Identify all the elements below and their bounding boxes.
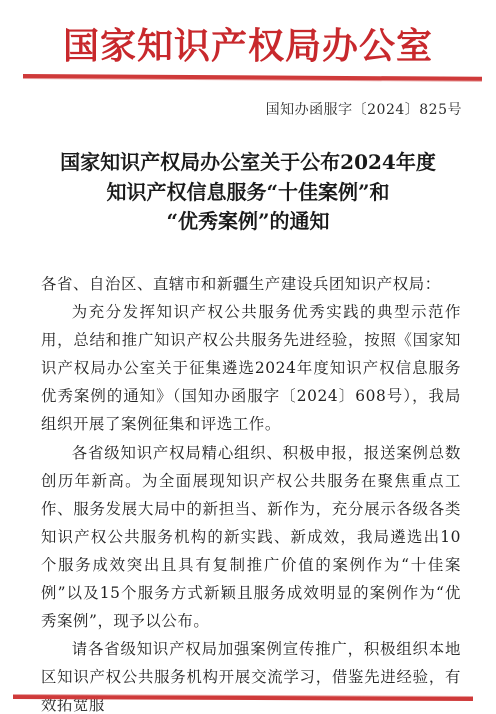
title-line-3: “优秀案例”的通知 (0, 207, 496, 237)
paragraph-1: 为充分发挥知识产权公共服务优秀实践的典型示范作用，总结和推广知识产权公共服务先进… (41, 298, 461, 438)
title-line-2: 知识产权信息服务“十佳案例”和 (0, 178, 496, 208)
red-header-rule (23, 74, 482, 81)
title-line-1: 国家知识产权局办公室关于公布2024年度 (0, 148, 496, 178)
document-page: 国家知识产权局办公室 国知办函服字〔2024〕825号 国家知识产权局办公室关于… (0, 0, 496, 714)
masthead-issuer: 国家知识产权局办公室 (0, 22, 496, 70)
salutation: 各省、自治区、直辖市和新疆生产建设兵团知识产权局： (41, 270, 461, 298)
document-body: 各省、自治区、直辖市和新疆生产建设兵团知识产权局： 为充分发挥知识产权公共服务优… (41, 270, 461, 714)
paragraph-2: 各省级知识产权局精心组织、积极申报，报送案例总数创历年新高。为全面展现知识产权公… (41, 439, 461, 636)
document-number: 国知办函服字〔2024〕825号 (266, 100, 462, 120)
document-title: 国家知识产权局办公室关于公布2024年度 知识产权信息服务“十佳案例”和 “优秀… (0, 148, 496, 237)
paragraph-3: 请各省级知识产权局加强案例宣传推广，积极组织本地区知识产权公共服务机构开展交流学… (41, 635, 461, 714)
